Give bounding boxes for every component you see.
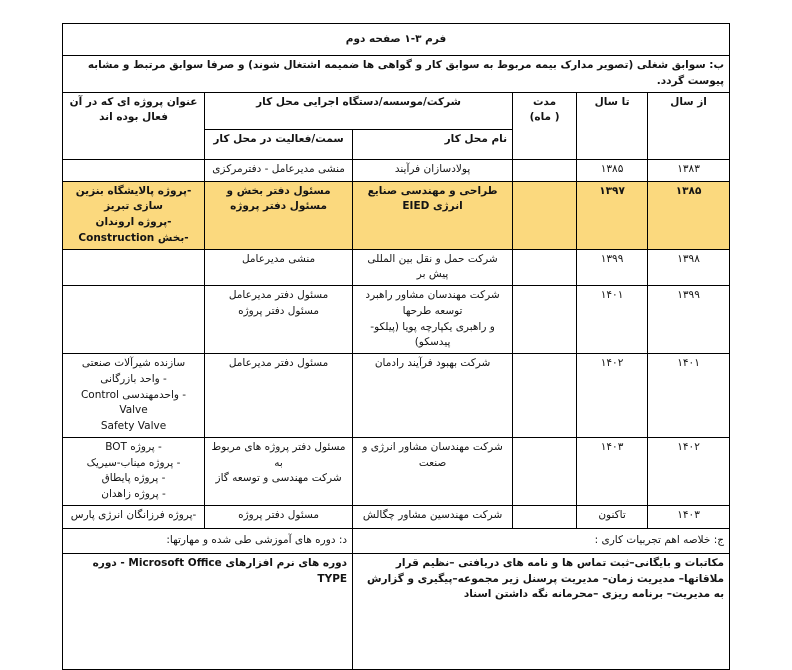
cell-position: منشی مدیرعامل [205, 249, 353, 286]
cell-workplace: شرکت مهندسان مشاور انرژی و صنعت [353, 437, 513, 505]
cell-workplace: شرکت مهندسین مشاور چگالش [353, 505, 513, 528]
cell-projects [63, 249, 205, 286]
cell-from-year: ۱۳۸۵ [648, 181, 730, 249]
table-row: ۱۴۰۱ ۱۴۰۲ شرکت بهبود فرآیند رادمان مسئول… [63, 354, 730, 438]
cell-to-year: تاکنون [577, 505, 648, 528]
cell-projects: - پروژه BOT - پروژه میناب-سیریک - پروژه … [63, 437, 205, 505]
table-row: ب: سوابق شغلی (تصویر مدارک بیمه مربوط به… [63, 56, 730, 93]
cell-to-year: ۱۴۰۱ [577, 286, 648, 354]
cell-position: مسئول دفتر بخش و مسئول دفتر پروژه [205, 181, 353, 249]
cell-workplace: شرکت حمل و نقل بین المللی پیش بر [353, 249, 513, 286]
cell-duration [513, 159, 577, 181]
cell-projects: سازنده شیرآلات صنعتی - واحد بازرگانی - و… [63, 354, 205, 438]
cell-duration [513, 249, 577, 286]
training-courses-text: دوره های نرم افزارهای Microsoft Office -… [63, 553, 353, 669]
cell-from-year: ۱۳۹۸ [648, 249, 730, 286]
cell-projects [63, 286, 205, 354]
attachment-note: ب: سوابق شغلی (تصویر مدارک بیمه مربوط به… [63, 56, 730, 93]
training-courses-label: د: دوره های آموزشی طی شده و مهارتها: [63, 528, 353, 553]
table-row: ۱۴۰۳ تاکنون شرکت مهندسین مشاور چگالش مسئ… [63, 505, 730, 528]
cell-duration [513, 354, 577, 438]
cell-workplace: شرکت مهندسان مشاور راهبرد توسعه طرحها و … [353, 286, 513, 354]
cell-position: مسئول دفتر مدیرعامل مسئول دفتر پروژه [205, 286, 353, 354]
header-duration-months: مدت ( ماه) [513, 92, 577, 159]
cell-from-year: ۱۳۹۹ [648, 286, 730, 354]
document-page: فرم ۳‏-‏۱ صفحه دوم ب: سوابق شغلی (تصویر … [0, 0, 792, 612]
experience-summary-label: ج: خلاصه اهم تجربیات کاری : [353, 528, 730, 553]
cell-projects [63, 159, 205, 181]
cell-to-year: ۱۴۰۳ [577, 437, 648, 505]
header-company-group: شرکت/موسسه/دستگاه اجرایی محل کار [205, 92, 513, 129]
cell-from-year: ۱۳۸۳ [648, 159, 730, 181]
cell-projects: -پروژه فرزانگان انرژی پارس [63, 505, 205, 528]
cell-workplace: پولادسازان فرآیند [353, 159, 513, 181]
cell-duration [513, 505, 577, 528]
cell-position: مسئول دفتر مدیرعامل [205, 354, 353, 438]
header-project-title: عنوان پروژه ای که در آن فعال بوده اند [63, 92, 205, 159]
cell-to-year: ۱۳۸۵ [577, 159, 648, 181]
header-workplace-name: نام محل کار [353, 129, 513, 159]
table-row: ۱۳۹۸ ۱۳۹۹ شرکت حمل و نقل بین المللی پیش … [63, 249, 730, 286]
header-position: سمت/فعالیت در محل کار [205, 129, 353, 159]
header-from-year: از سال [648, 92, 730, 159]
cell-position: مسئول دفتر پروژه [205, 505, 353, 528]
form-title: فرم ۳‏-‏۱ صفحه دوم [63, 24, 730, 56]
section-label-row: ج: خلاصه اهم تجربیات کاری : د: دوره های … [63, 528, 730, 553]
cell-workplace: طراحی و مهندسی صنایع انرژی EIED [353, 181, 513, 249]
cell-duration [513, 437, 577, 505]
cell-to-year: ۱۴۰۲ [577, 354, 648, 438]
table-row-highlighted: ۱۳۸۵ ۱۳۹۷ طراحی و مهندسی صنایع انرژی EIE… [63, 181, 730, 249]
cell-from-year: ۱۴۰۲ [648, 437, 730, 505]
work-history-table: فرم ۳‏-‏۱ صفحه دوم ب: سوابق شغلی (تصویر … [62, 23, 730, 670]
cell-projects: -پروژه پالایشگاه بنزین سازی تبریز -پروژه… [63, 181, 205, 249]
cell-workplace: شرکت بهبود فرآیند رادمان [353, 354, 513, 438]
table-header-row: از سال تا سال مدت ( ماه) شرکت/موسسه/دستگ… [63, 92, 730, 129]
cell-to-year: ۱۳۹۹ [577, 249, 648, 286]
cell-to-year: ۱۳۹۷ [577, 181, 648, 249]
cell-position: مسئول دفتر پروژه های مربوط به شرکت مهندس… [205, 437, 353, 505]
cell-position: منشی مدیرعامل - دفترمرکزی [205, 159, 353, 181]
cell-from-year: ۱۴۰۱ [648, 354, 730, 438]
table-row: ۱۳۸۳ ۱۳۸۵ پولادسازان فرآیند منشی مدیرعام… [63, 159, 730, 181]
cell-duration [513, 181, 577, 249]
experience-summary-text: مکاتبات و بایگانی–ثبت تماس ها و نامه های… [353, 553, 730, 669]
header-to-year: تا سال [577, 92, 648, 159]
table-row: ۱۴۰۲ ۱۴۰۳ شرکت مهندسان مشاور انرژی و صنع… [63, 437, 730, 505]
table-row: فرم ۳‏-‏۱ صفحه دوم [63, 24, 730, 56]
cell-duration [513, 286, 577, 354]
cell-from-year: ۱۴۰۳ [648, 505, 730, 528]
table-row: ۱۳۹۹ ۱۴۰۱ شرکت مهندسان مشاور راهبرد توسع… [63, 286, 730, 354]
section-content-row: مکاتبات و بایگانی–ثبت تماس ها و نامه های… [63, 553, 730, 669]
